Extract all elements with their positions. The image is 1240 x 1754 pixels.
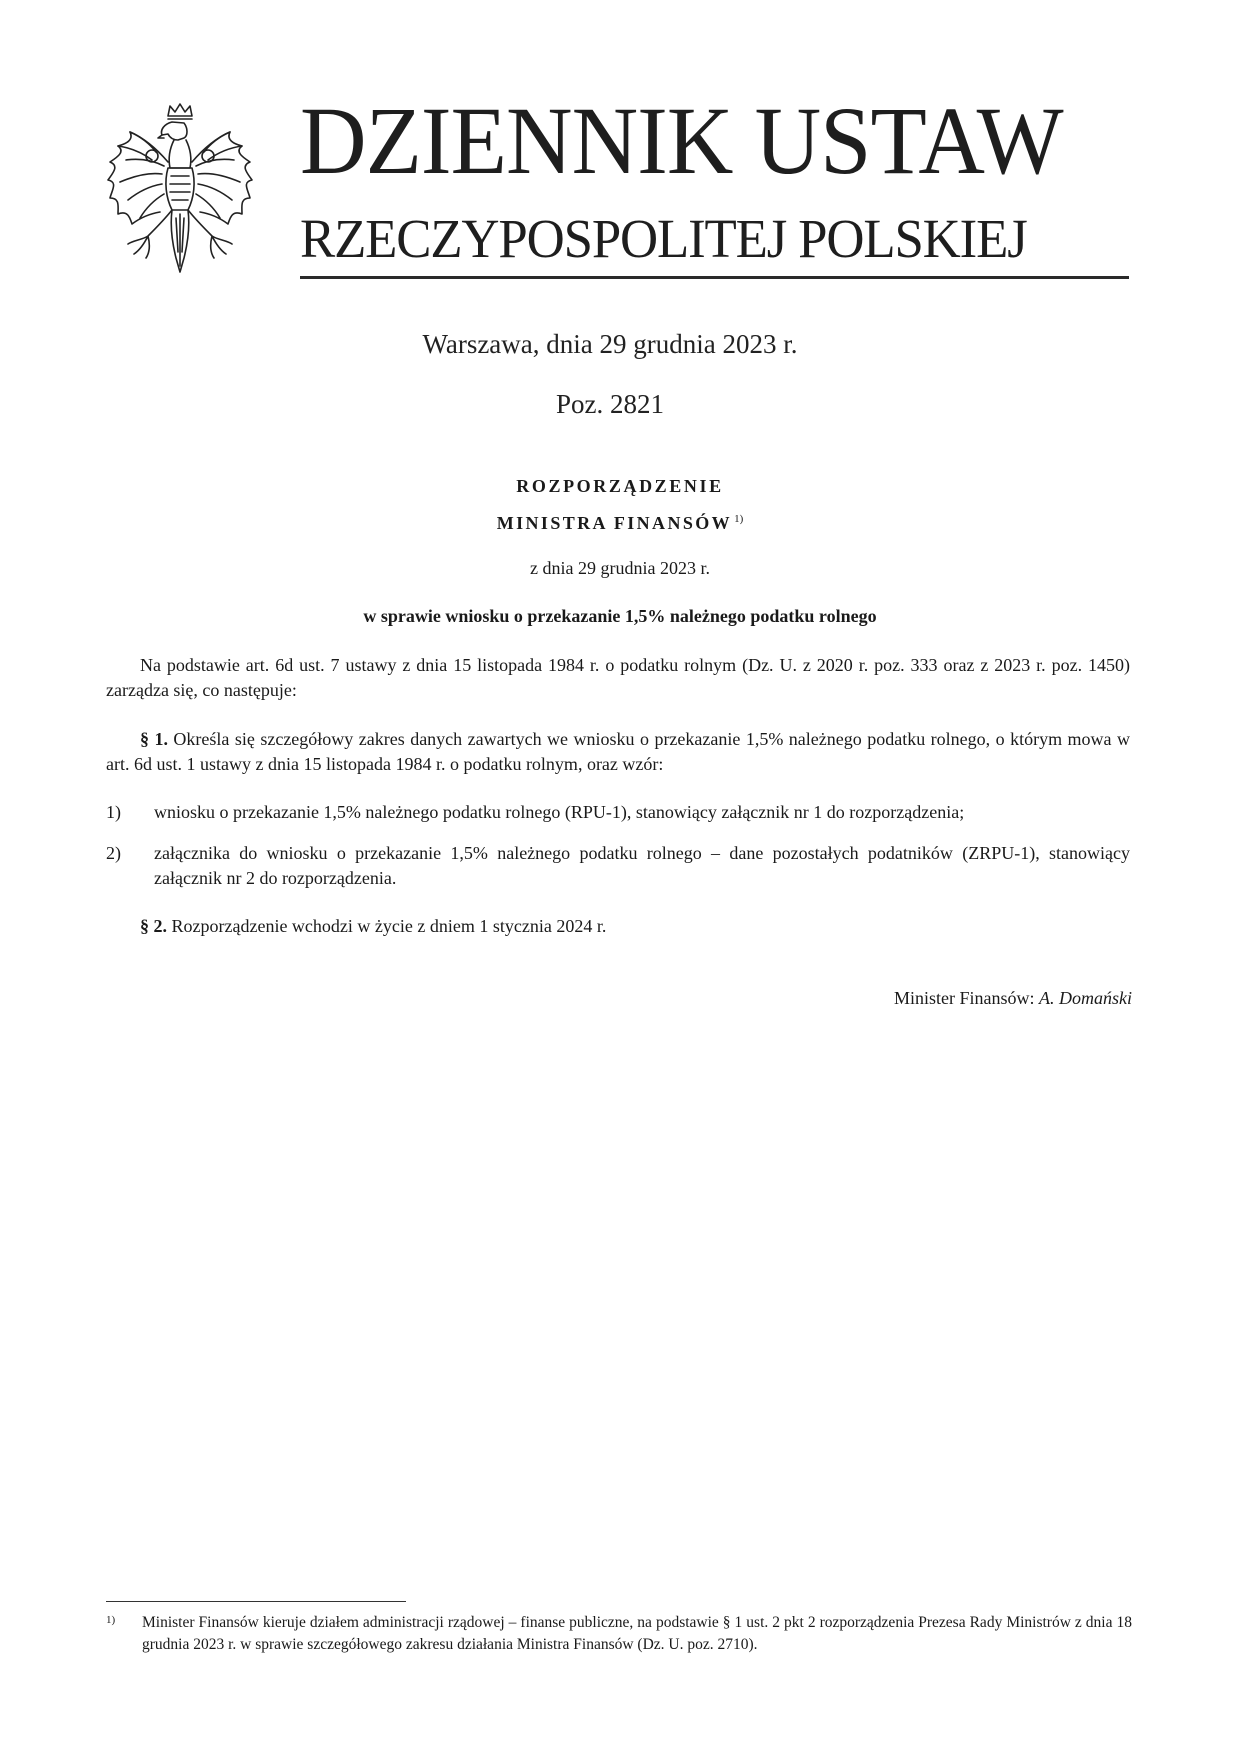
section-1-paragraph: § 1. Określa się szczegółowy zakres dany… — [106, 727, 1130, 777]
list-item-text: załącznika do wniosku o przekazanie 1,5%… — [154, 841, 1130, 891]
footnote: 1) Minister Finansów kieruje działem adm… — [106, 1612, 1132, 1656]
document-page: DZIENNIK USTAW RZECZYPOSPOLITEJ POLSKIEJ… — [0, 0, 1240, 1754]
act-type-heading: ROZPORZĄDZENIE — [0, 475, 1240, 497]
preamble-paragraph: Na podstawie art. 6d ust. 7 ustawy z dni… — [106, 653, 1130, 703]
signature-role: Minister Finansów: — [894, 988, 1039, 1008]
footnote-reference[interactable]: 1) — [734, 513, 743, 525]
footnote-divider — [106, 1601, 406, 1602]
list-item-text: wniosku o przekazanie 1,5% należnego pod… — [154, 800, 1130, 825]
section-2-paragraph: § 2. Rozporządzenie wchodzi w życie z dn… — [106, 914, 1130, 939]
act-subject: w sprawie wniosku o przekazanie 1,5% nal… — [0, 605, 1240, 627]
publication-place-date: Warszawa, dnia 29 grudnia 2023 r. — [0, 328, 1220, 360]
polish-eagle-emblem-icon — [104, 102, 256, 280]
act-issuer-text: MINISTRA FINANSÓW — [497, 513, 732, 533]
list-item: 1) wniosku o przekazanie 1,5% należnego … — [106, 800, 1130, 825]
act-date: z dnia 29 grudnia 2023 r. — [0, 557, 1240, 579]
section-1-label: § 1. — [140, 729, 168, 749]
section-1-text: Określa się szczegółowy zakres danych za… — [106, 729, 1130, 774]
masthead-title: DZIENNIK USTAW — [300, 86, 1097, 196]
signature-name: A. Domański — [1039, 988, 1132, 1008]
masthead-subtitle: RZECZYPOSPOLITEJ POLSKIEJ — [300, 207, 1027, 271]
footnote-text: Minister Finansów kieruje działem admini… — [142, 1612, 1132, 1656]
act-issuer-heading: MINISTRA FINANSÓW1) — [0, 508, 1240, 534]
list-item: 2) załącznika do wniosku o przekazanie 1… — [106, 841, 1130, 891]
section-2-text: Rozporządzenie wchodzi w życie z dniem 1… — [167, 916, 606, 936]
list-item-number: 2) — [106, 841, 146, 866]
section-2-label: § 2. — [140, 916, 167, 936]
list-item-number: 1) — [106, 800, 146, 825]
footnote-mark: 1) — [106, 1609, 115, 1631]
signature: Minister Finansów: A. Domański — [894, 986, 1132, 1011]
masthead-divider — [300, 276, 1129, 279]
position-number: Poz. 2821 — [0, 388, 1220, 420]
